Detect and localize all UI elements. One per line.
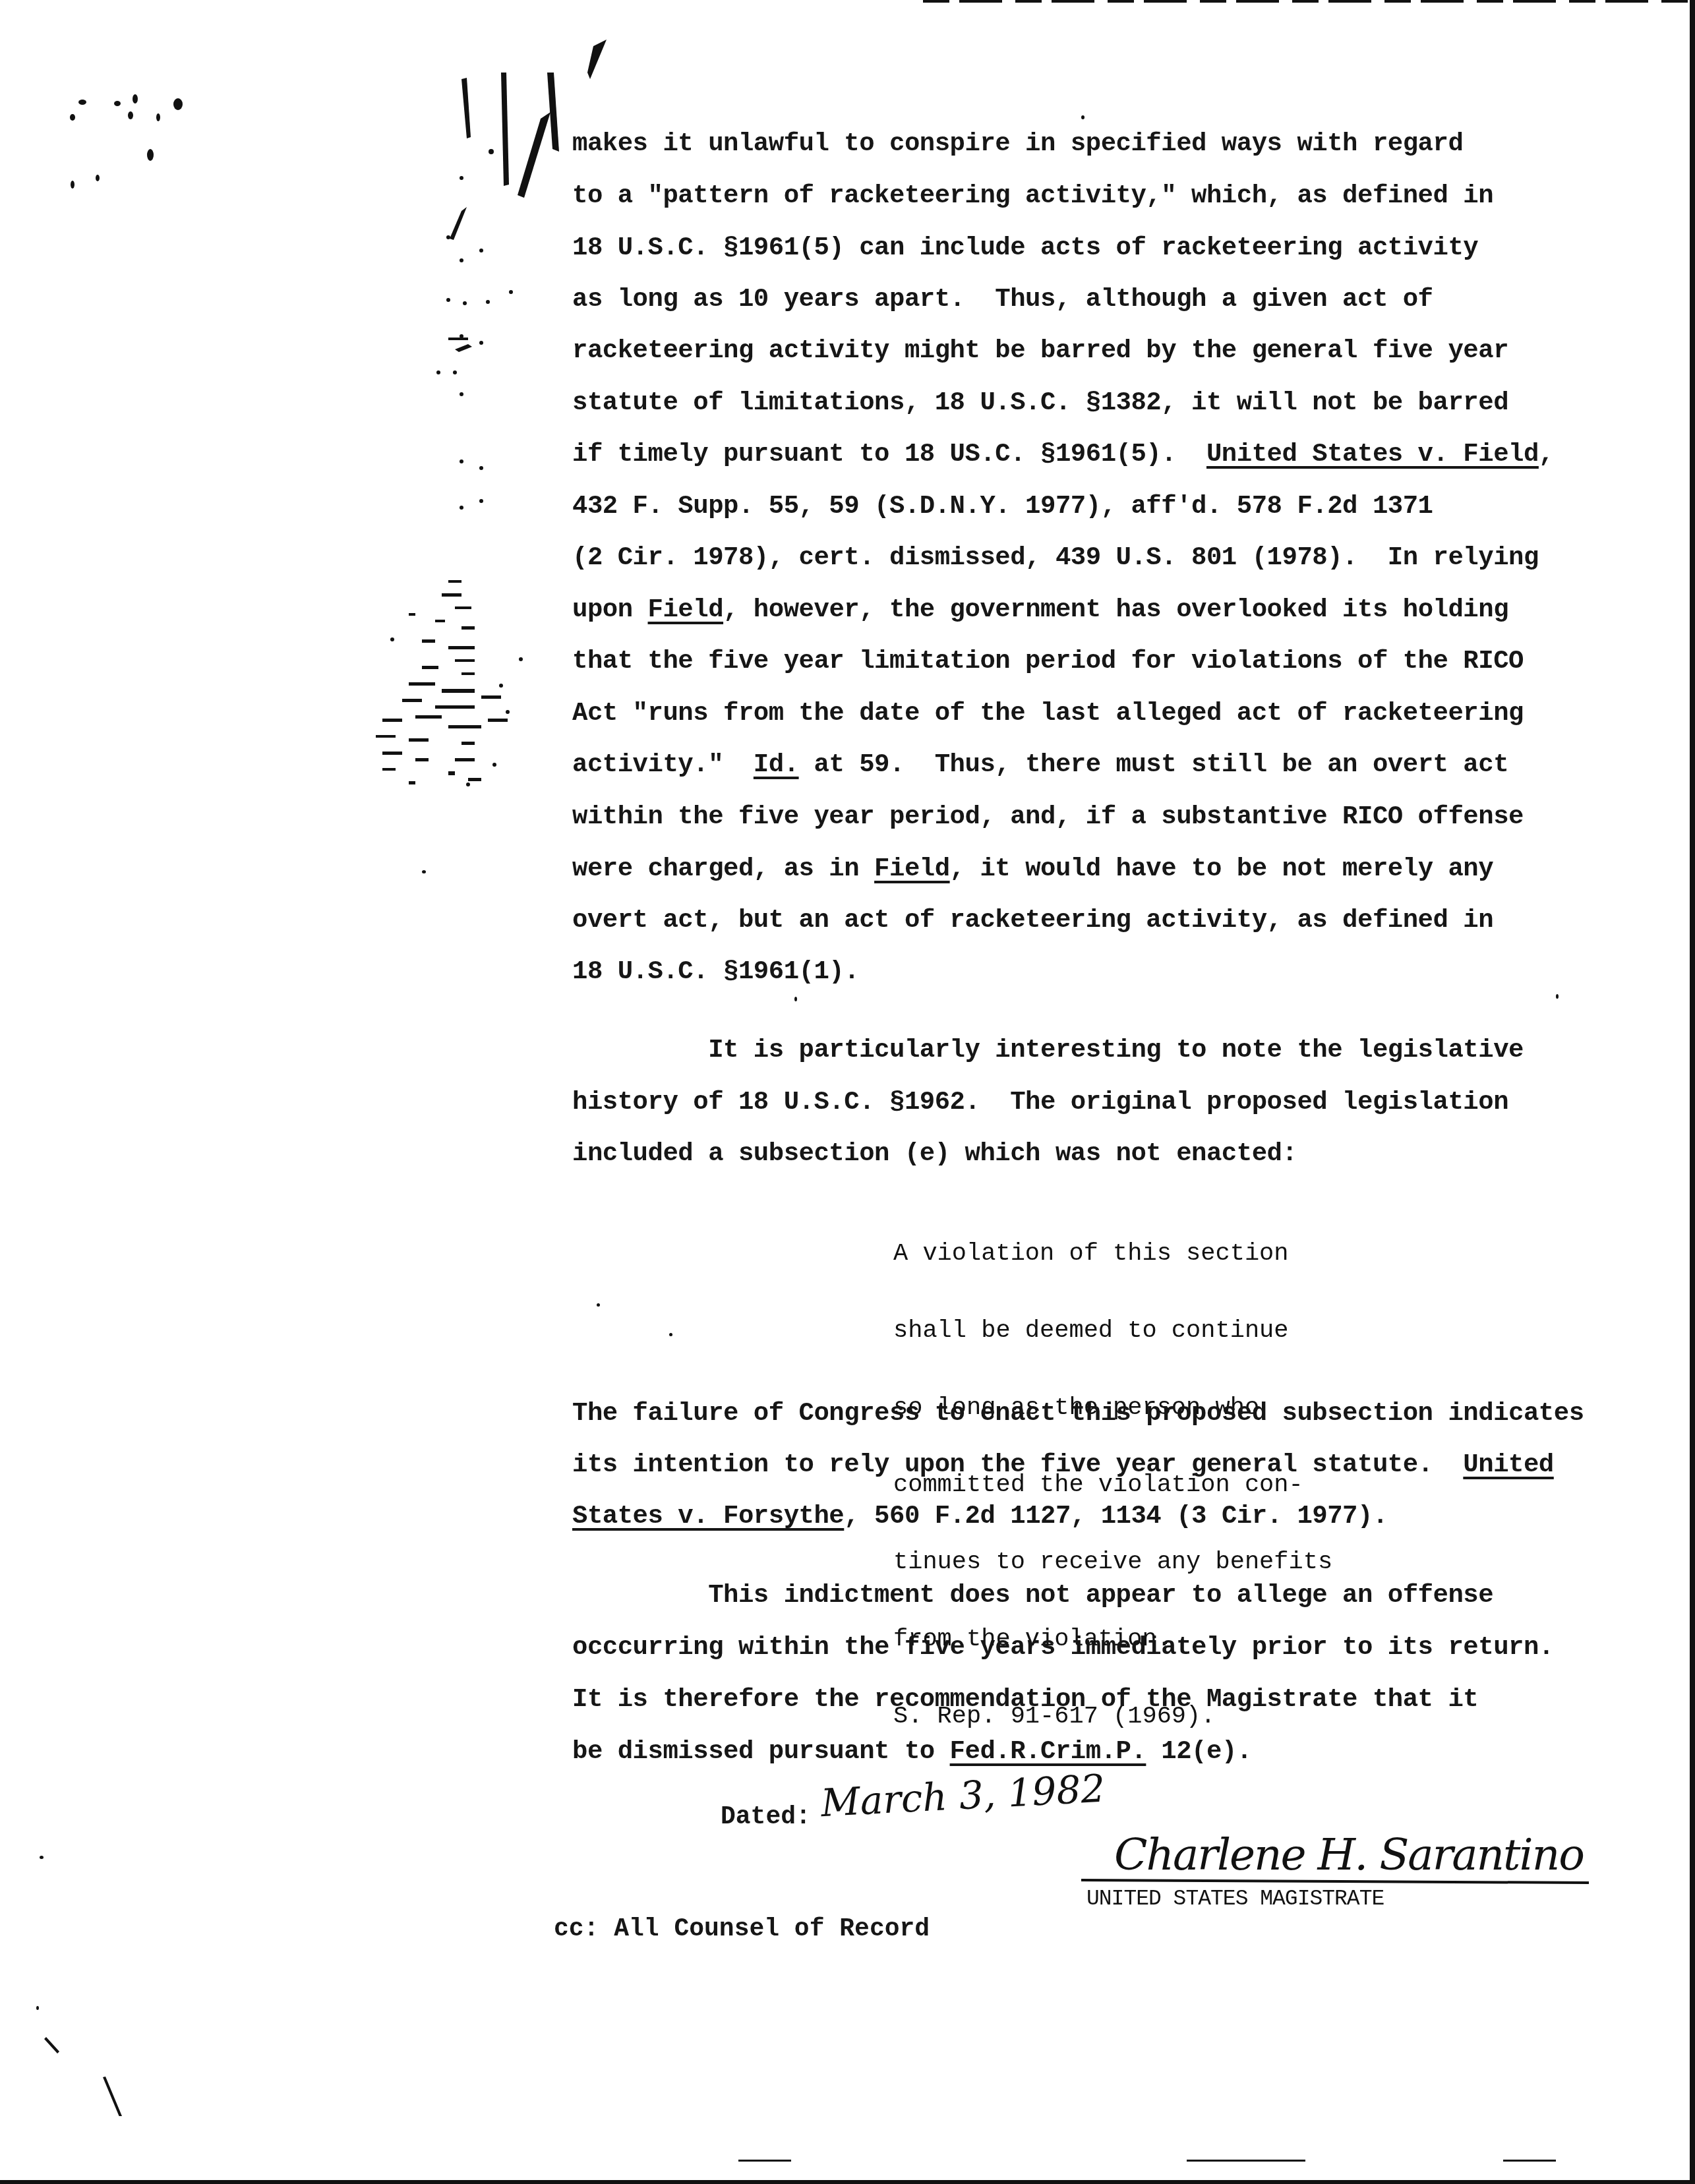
text-line: included a subsection (e) which was not … <box>572 1139 1297 1168</box>
scan-edge-right <box>1690 0 1695 2184</box>
text-span: 12(e). <box>1146 1737 1251 1766</box>
dated-label: Dated: <box>721 1803 811 1831</box>
scan-noise-bottom-edge <box>725 2156 1648 2169</box>
handwritten-date: March 3, 1982 <box>820 1766 1106 1825</box>
text-line: that the five year limitation period for… <box>572 647 1524 676</box>
signer-title: UNITED STATES MAGISTRATE <box>1086 1887 1384 1911</box>
text-line: were charged, as in Field, it would have… <box>572 854 1493 883</box>
text-line: overt act, but an act of racketeering ac… <box>572 906 1493 935</box>
case-citation-underlined: United States v. Field <box>1206 440 1539 469</box>
text-line: 18 U.S.C. §1961(5) can include acts of r… <box>572 233 1478 262</box>
text-line: 432 F. Supp. 55, 59 (S.D.N.Y. 1977), aff… <box>572 492 1433 521</box>
text-line: be dismissed pursuant to Fed.R.Crim.P. 1… <box>572 1737 1252 1766</box>
text-line: States v. Forsythe, 560 F.2d 1127, 1134 … <box>572 1502 1388 1531</box>
document-page: makes it unlawful to conspire in specifi… <box>0 0 1695 2184</box>
text-line: as long as 10 years apart. Thus, althoug… <box>572 285 1433 314</box>
scan-speck <box>36 2006 39 2010</box>
text-line: activity." Id. at 59. Thus, there must s… <box>572 750 1508 779</box>
text-line: to a "pattern of racketeering activity,"… <box>572 181 1493 210</box>
case-citation-underlined: Field <box>648 595 724 624</box>
text-line: It is therefore the recommendation of th… <box>572 1685 1478 1714</box>
text-line: upon Field, however, the government has … <box>572 595 1508 624</box>
scan-noise-bottom-left <box>40 2037 158 2116</box>
scan-speck <box>597 1303 600 1307</box>
text-span: if timely pursuant to 18 US.C. §1961(5). <box>572 440 1206 469</box>
scan-speck <box>1556 994 1559 999</box>
text-span: were charged, as in <box>572 854 874 883</box>
case-citation-underlined: United <box>1463 1450 1553 1479</box>
quote-line: tinues to receive any benefits <box>893 1550 1332 1576</box>
rule-citation-underlined: Fed.R.Crim.P. <box>950 1737 1146 1766</box>
text-line: makes it unlawful to conspire in specifi… <box>572 129 1463 158</box>
text-line: history of 18 U.S.C. §1962. The original… <box>572 1088 1508 1117</box>
text-span: its intention to rely upon the five year… <box>572 1450 1463 1479</box>
handwritten-signature: Charlene H. Sarantino <box>1114 1829 1584 1880</box>
scan-edge-bottom <box>0 2180 1695 2184</box>
text-span: upon <box>572 595 648 624</box>
text-line: its intention to rely upon the five year… <box>572 1450 1554 1479</box>
text-line: This indictment does not appear to alleg… <box>572 1581 1493 1610</box>
text-span: , 560 F.2d 1127, 1134 (3 Cir. 1977). <box>844 1502 1388 1531</box>
text-span: , <box>1539 440 1554 469</box>
text-line: within the five year period, and, if a s… <box>572 802 1524 831</box>
quote-line: shall be deemed to continue <box>893 1318 1332 1344</box>
text-line: statute of limitations, 18 U.S.C. §1382,… <box>572 388 1508 417</box>
text-line: occcurring within the five years immedia… <box>572 1633 1554 1662</box>
case-citation-underlined: Id. <box>754 750 799 779</box>
text-line: (2 Cir. 1978), cert. dismissed, 439 U.S.… <box>572 543 1539 572</box>
scan-speck <box>422 870 426 873</box>
scan-noise-left-blob <box>369 567 541 791</box>
scan-speck <box>669 1333 672 1336</box>
cc-line: cc: All Counsel of Record <box>554 1915 930 1943</box>
text-span: , it would have to be not merely any <box>950 854 1494 883</box>
text-line: racketeering activity might be barred by… <box>572 336 1508 365</box>
text-span: at 59. Thus, there must still be an over… <box>799 750 1508 779</box>
case-citation-underlined: Field <box>874 854 950 883</box>
text-line: Act "runs from the date of the last alle… <box>572 699 1524 728</box>
text-span: activity." <box>572 750 754 779</box>
text-line: It is particularly interesting to note t… <box>572 1036 1524 1065</box>
text-line: if timely pursuant to 18 US.C. §1961(5).… <box>572 440 1554 469</box>
scan-speck <box>40 1856 44 1859</box>
scan-edge-top <box>923 0 1695 3</box>
text-line: The failure of Congress to enact this pr… <box>572 1399 1584 1428</box>
scan-speck <box>1081 115 1085 119</box>
text-span: be dismissed pursuant to <box>572 1737 950 1766</box>
case-citation-underlined: States v. Forsythe <box>572 1502 844 1531</box>
text-line: 18 U.S.C. §1961(1). <box>572 957 859 986</box>
text-span: , however, the government has overlooked… <box>723 595 1508 624</box>
scan-speck <box>794 997 797 1001</box>
scan-noise-top-left <box>0 0 659 857</box>
quote-line: A violation of this section <box>893 1241 1332 1267</box>
